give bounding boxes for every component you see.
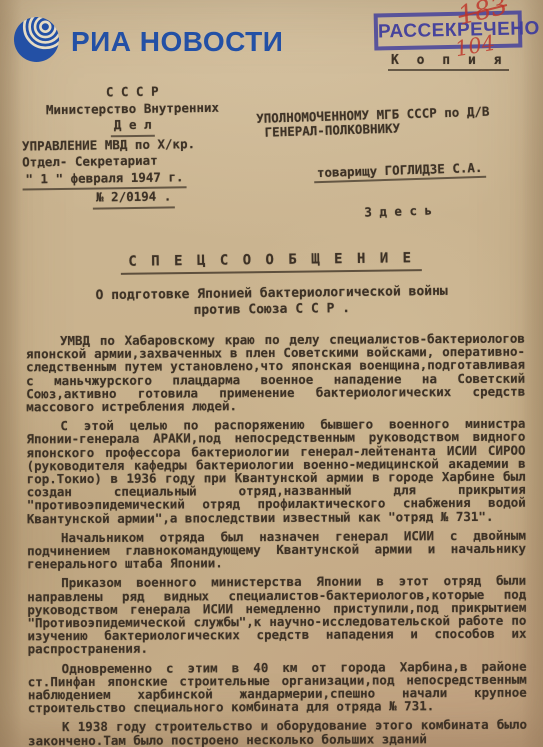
ria-globe-icon	[13, 16, 60, 67]
paragraph-4: Приказом военного министерства Японии в …	[27, 574, 526, 656]
letterhead-number: № 2/0194 .	[23, 187, 245, 210]
paragraph-5: Одновременно с этим в 40 км от города Ха…	[28, 659, 527, 714]
document-subject: О подготовке Японией бактериологической …	[0, 283, 543, 322]
letterhead-block: С С С Р Министерство Внутренних Д е л УП…	[21, 82, 245, 210]
paragraph-3: Начальником отряда был назначен генерал …	[27, 529, 526, 571]
document-scan: РИА НОВОСТИ РАССЕКРЕЧЕНО 183 104 К о п и…	[0, 0, 543, 747]
addressee-block: УПОЛНОМОЧЕННОМУ МГБ СССР по Д/В ГЕНЕРАЛ-…	[256, 103, 537, 223]
addressee-location: З д е с ь	[259, 200, 537, 223]
copy-label-text: К о п и я	[388, 53, 509, 71]
paragraph-6: К 1938 году строительство и оборудование…	[28, 718, 527, 747]
ria-novosti-logo: РИА НОВОСТИ	[13, 16, 283, 67]
document-heading-row: С П Е Ц С О О Б Щ Е Н И Е	[0, 246, 543, 277]
addressee-recipient: товарищу ГОГЛИДЗЕ С.А.	[314, 159, 536, 183]
letterhead-date-text: " 1 " февраля 1947 г.	[22, 169, 186, 191]
document-body: УМВД по Хабаровскому краю по делу специа…	[26, 332, 527, 747]
title-block: С П Е Ц С О О Б Щ Е Н И Е О подготовке Я…	[0, 246, 543, 322]
letterhead-ministry: Министерство Внутренних	[21, 99, 243, 119]
paragraph-2: С этой целью по распоряжению бывшего вое…	[26, 417, 526, 525]
addressee-recipient-text: товарищу ГОГЛИДЗЕ С.А.	[314, 161, 486, 183]
letterhead-number-text: № 2/0194 .	[93, 188, 175, 209]
letterhead-del: Д е л	[111, 117, 155, 137]
ria-logo-text: РИА НОВОСТИ	[71, 26, 283, 58]
paragraph-1: УМВД по Хабаровскому краю по делу специа…	[26, 332, 525, 414]
copy-label: К о п и я	[388, 53, 509, 71]
document-heading: С П Е Ц С О О Б Щ Е Н И Е	[120, 250, 422, 275]
